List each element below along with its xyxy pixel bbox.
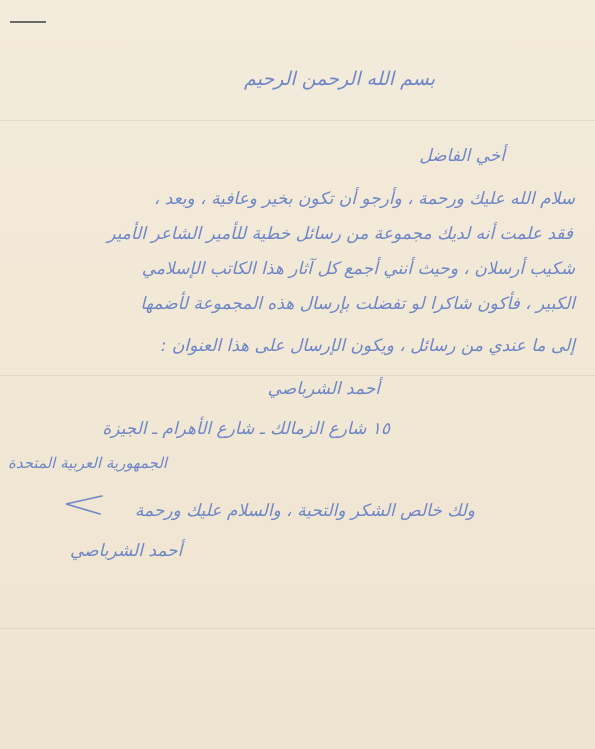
signature: أحمد الشرباصي <box>268 378 380 400</box>
address-line: ١٥ شارع الزمالك ـ شارع الأهرام ـ الجيزة <box>102 418 390 440</box>
paper-fold-line <box>0 120 595 121</box>
letter-body-line: فقد علمت أنه لديك مجموعة من رسائل خطية ل… <box>107 223 573 245</box>
arrow-mark-icon <box>62 492 104 516</box>
letter-body-line: الكبير ، فأكون شاكرا لو تفضلت بإرسال هذه… <box>140 293 575 315</box>
paper-fold-line <box>0 628 595 629</box>
salutation: أخي الفاضل <box>419 145 505 167</box>
basmala-heading: بسم الله الرحمن الرحيم <box>244 68 435 90</box>
signature: أحمد الشرباصي <box>70 540 182 562</box>
letter-page: بسم الله الرحمن الرحيم أخي الفاضل سلام ا… <box>0 0 595 749</box>
closing-remark: ولك خالص الشكر والتحية ، والسلام عليك ور… <box>135 500 475 522</box>
letter-body-line: شكيب أرسلان ، وحيث أنني أجمع كل آثار هذا… <box>142 258 575 280</box>
staple-mark <box>10 21 46 23</box>
address-country: الجمهورية العربية المتحدة <box>8 452 167 474</box>
letter-body-line: إلى ما عندي من رسائل ، ويكون الإرسال على… <box>161 335 575 357</box>
paper-fold-line <box>0 375 595 376</box>
letter-body-line: سلام الله عليك ورحمة ، وأرجو أن تكون بخي… <box>154 188 575 210</box>
